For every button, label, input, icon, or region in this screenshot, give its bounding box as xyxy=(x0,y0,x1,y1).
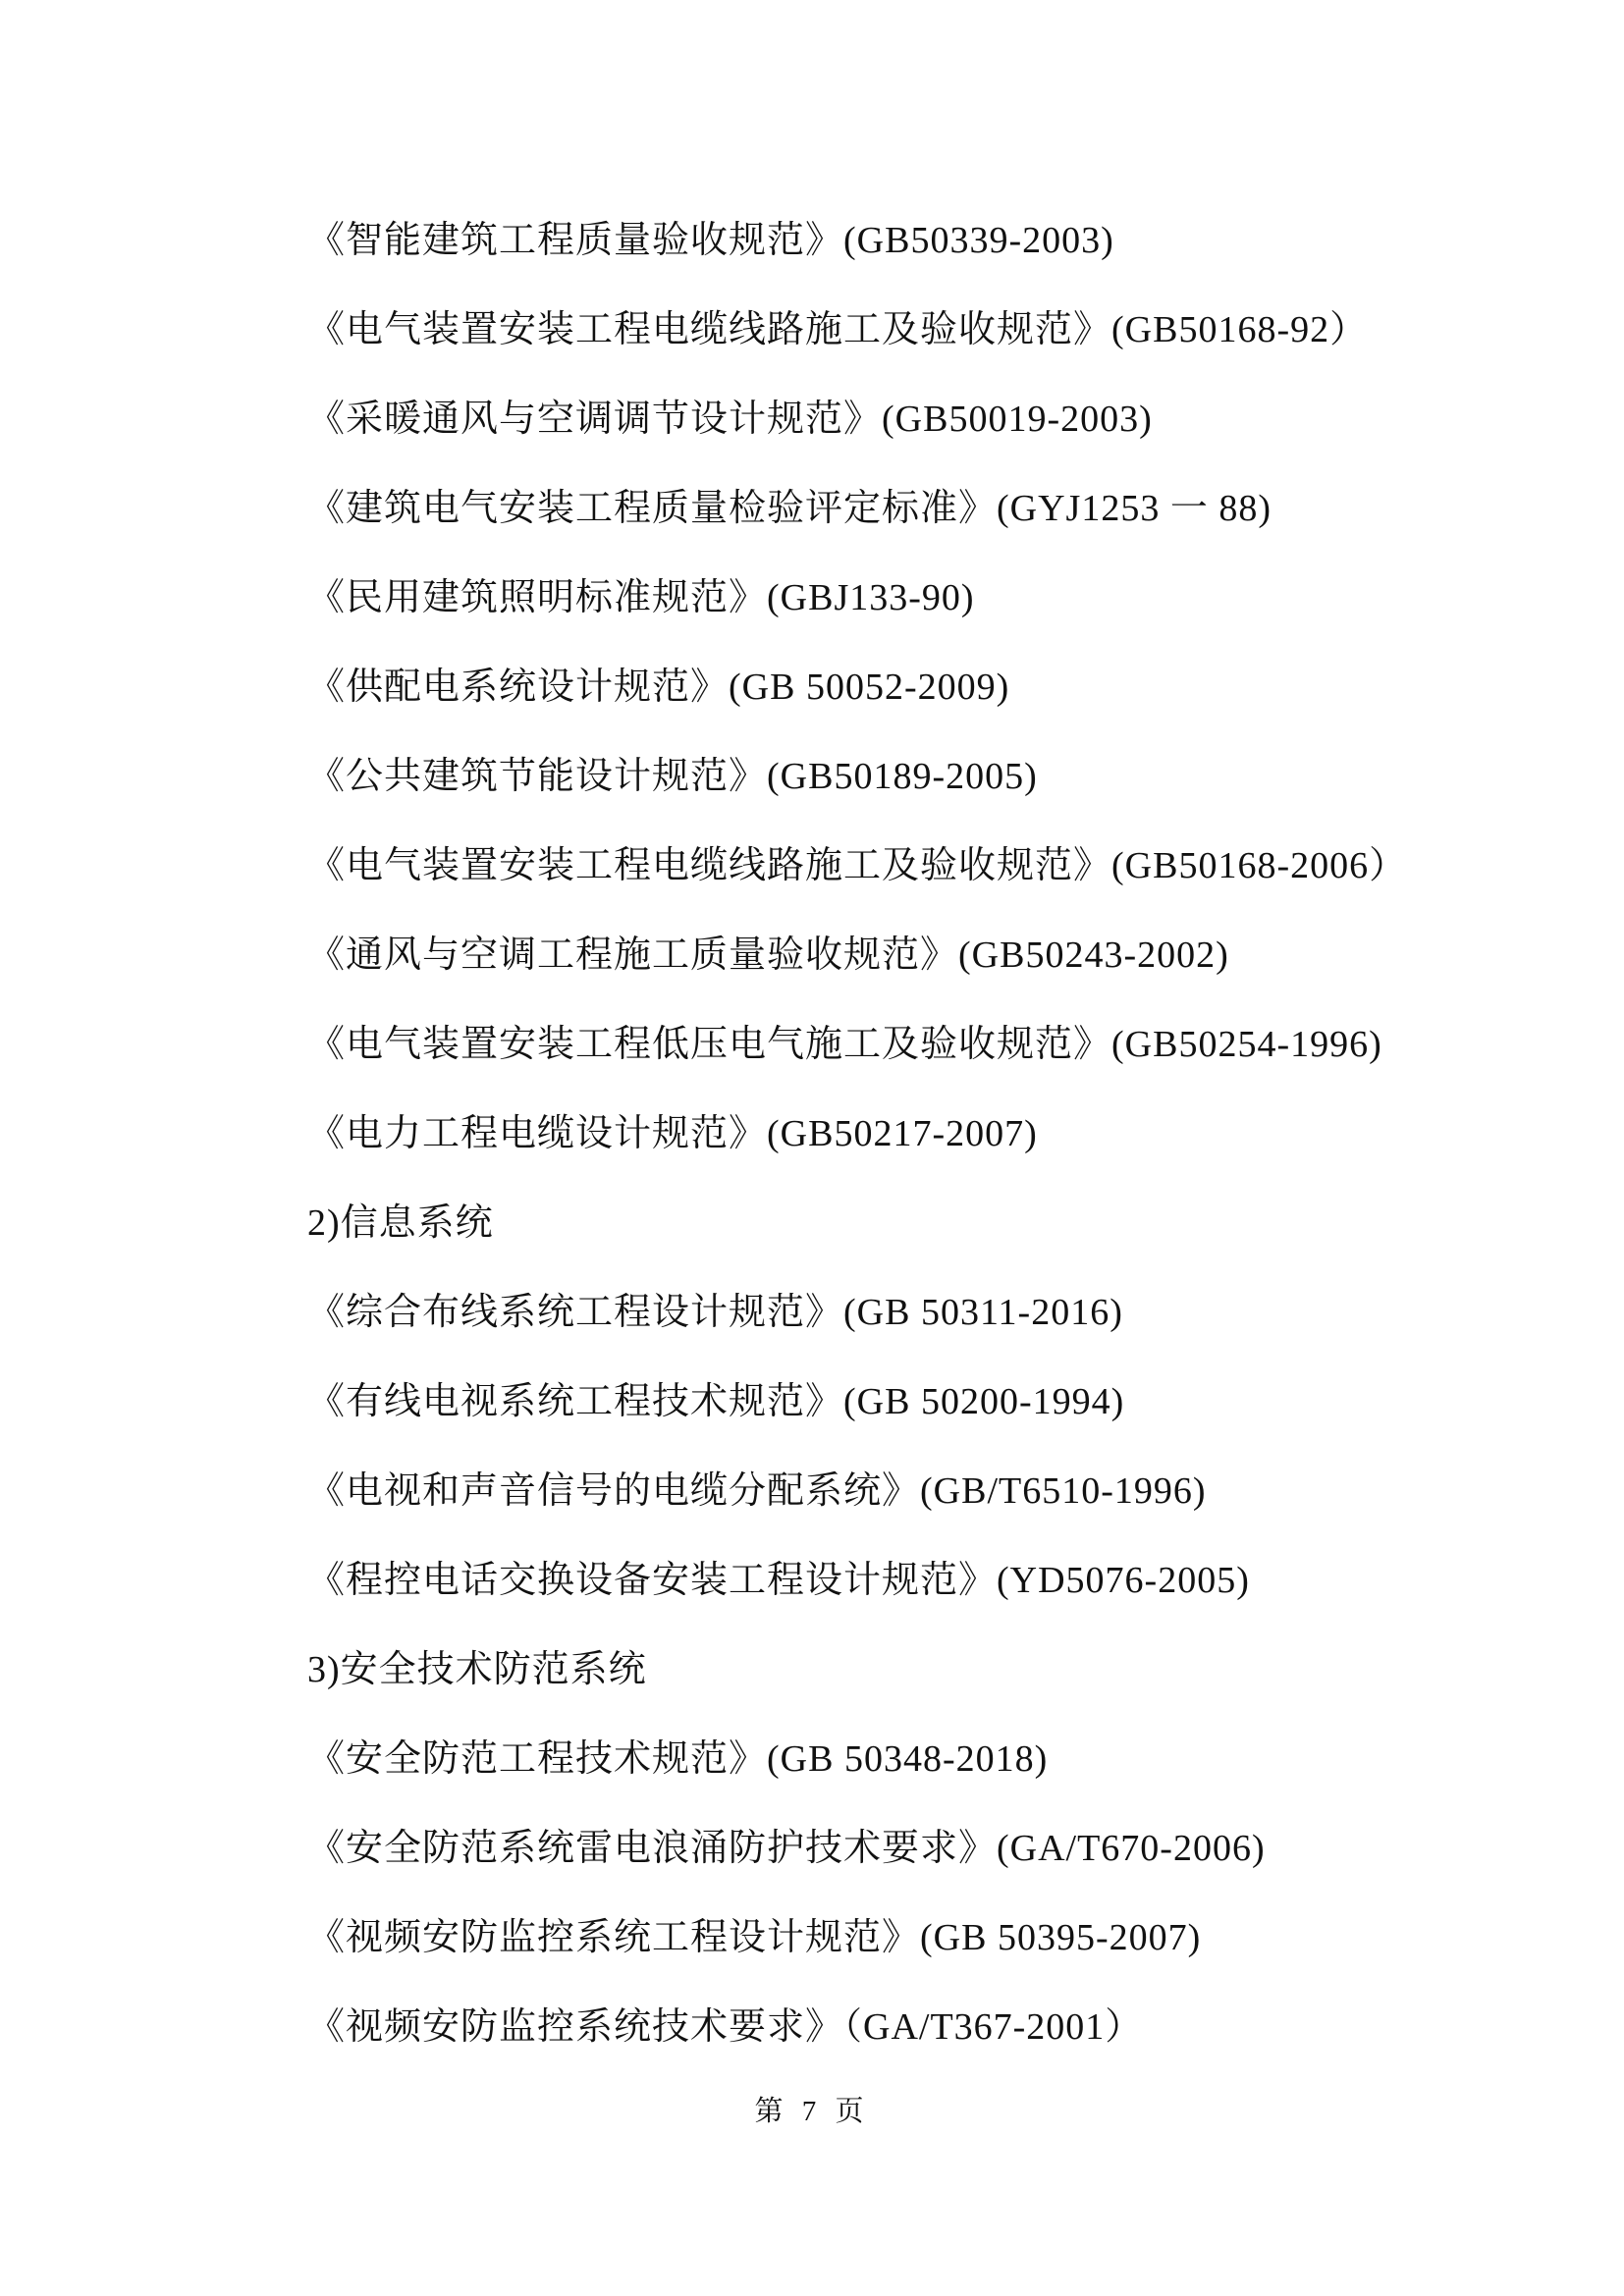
document-line: 《程控电话交换设备安装工程设计规范》(YD5076-2005) xyxy=(307,1536,1506,1626)
document-line: 《综合布线系统工程设计规范》(GB 50311-2016) xyxy=(307,1268,1506,1358)
document-line: 《通风与空调工程施工质量验收规范》(GB50243-2002) xyxy=(307,911,1506,1000)
document-line: 《公共建筑节能设计规范》(GB50189-2005) xyxy=(307,732,1506,822)
document-line: 3)安全技术防范系统 xyxy=(307,1626,1506,1715)
document-line: 《智能建筑工程质量验收规范》(GB50339-2003) xyxy=(307,196,1506,286)
document-line: 《电气装置安装工程电缆线路施工及验收规范》(GB50168-2006） xyxy=(307,822,1506,911)
document-line: 《安全防范系统雷电浪涌防护技术要求》(GA/T670-2006) xyxy=(307,1804,1506,1894)
page-footer: 第 7 页 xyxy=(0,2089,1624,2129)
document-line: 《电气装置安装工程电缆线路施工及验收规范》(GB50168-92） xyxy=(307,286,1506,375)
document-line: 《民用建筑照明标准规范》(GBJ133-90) xyxy=(307,554,1506,643)
document-line: 《供配电系统设计规范》(GB 50052-2009) xyxy=(307,643,1506,732)
document-line: 《视频安防监控系统工程设计规范》(GB 50395-2007) xyxy=(307,1894,1506,1983)
document-line: 2)信息系统 xyxy=(307,1179,1506,1268)
document-page: 《智能建筑工程质量验收规范》(GB50339-2003)《电气装置安装工程电缆线… xyxy=(0,0,1624,2296)
page-number: 第 7 页 xyxy=(754,2096,869,2127)
document-line: 《电力工程电缆设计规范》(GB50217-2007) xyxy=(307,1090,1506,1179)
document-line: 《有线电视系统工程技术规范》(GB 50200-1994) xyxy=(307,1358,1506,1447)
document-line: 《视频安防监控系统技术要求》（GA/T367-2001） xyxy=(307,1983,1506,2072)
line-list: 《智能建筑工程质量验收规范》(GB50339-2003)《电气装置安装工程电缆线… xyxy=(307,196,1506,2072)
document-line: 《安全防范工程技术规范》(GB 50348-2018) xyxy=(307,1715,1506,1804)
document-line: 《采暖通风与空调调节设计规范》(GB50019-2003) xyxy=(307,375,1506,464)
document-line: 《建筑电气安装工程质量检验评定标准》(GYJ1253 一 88) xyxy=(307,464,1506,554)
document-line: 《电视和声音信号的电缆分配系统》(GB/T6510-1996) xyxy=(307,1447,1506,1536)
document-line: 《电气装置安装工程低压电气施工及验收规范》(GB50254-1996) xyxy=(307,1000,1506,1090)
